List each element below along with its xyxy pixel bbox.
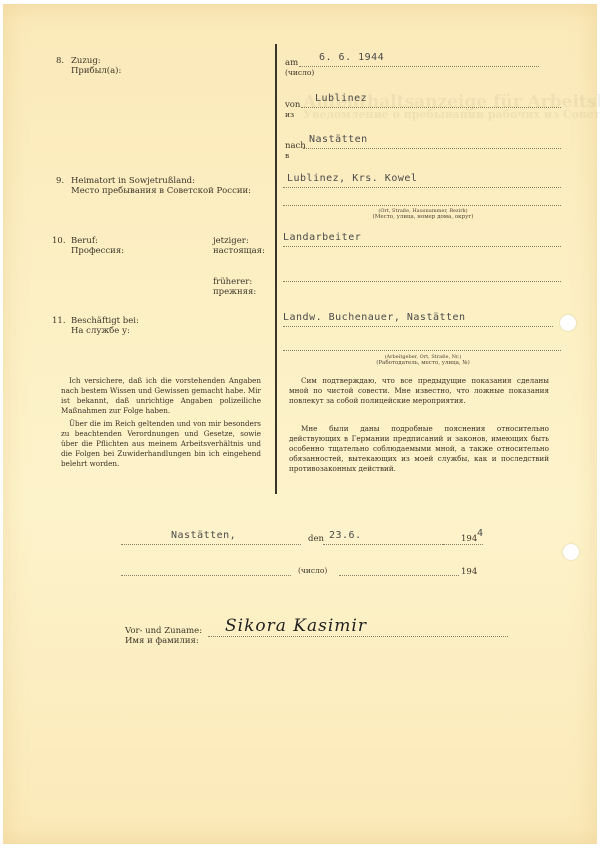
from-place-value: Lublinez: [315, 93, 367, 104]
am-sub-label: (число): [285, 68, 314, 78]
signing-date-value: 23.6.: [329, 530, 362, 541]
name-label-ru: Имя и фамилия:: [125, 636, 199, 646]
column-divider: [275, 44, 277, 494]
year-prefix: 194: [461, 534, 477, 544]
employer-caption-ru: (Работодатель, место, улица, №): [303, 360, 543, 366]
to-place-line: [303, 148, 561, 149]
bleed-through-text: Уведомление о пребывании рабочих из Сове…: [303, 108, 600, 121]
section-8-label-ru: Прибыл(а):: [71, 66, 121, 76]
ru-date-line: [339, 575, 459, 576]
handwritten-name-signature: Sikora Kasimir: [225, 616, 367, 636]
punch-hole: [560, 315, 576, 331]
ru-year-prefix: 194: [461, 567, 477, 577]
ru-date-sub-label: (число): [298, 566, 327, 576]
home-place-caption-ru: (Место, улица, номер дома, округ): [303, 214, 543, 220]
name-label-de: Vor- und Zuname:: [125, 626, 202, 636]
name-line: [208, 636, 508, 637]
year-line: [443, 544, 483, 545]
section-11-label-ru: На службе у:: [71, 326, 130, 336]
section-9-number: 9.: [56, 176, 64, 186]
declaration-de-paragraph-1: Ich versichere, daß ich die vorstehenden…: [61, 376, 261, 416]
section-10-number: 10.: [52, 236, 66, 246]
den-label: den: [308, 534, 324, 544]
punch-hole: [563, 544, 579, 560]
year-suffix-value: 4: [477, 528, 484, 539]
home-place-value: Lublinez, Krs. Kowel: [287, 173, 417, 184]
from-place-line: [301, 107, 561, 108]
place-line: [121, 544, 301, 545]
section-9-label-de: Heimatort in Sowjetrußland:: [71, 176, 195, 186]
former-profession-label-ru: прежняя:: [213, 287, 256, 297]
von-label: von: [285, 100, 300, 110]
von-sub-label: из: [285, 110, 294, 120]
ru-place-line: [121, 575, 291, 576]
section-8-number: 8.: [56, 56, 64, 66]
section-11-label-de: Beschäftigt bei:: [71, 316, 139, 326]
former-profession-line: [283, 281, 561, 282]
current-profession-line: [283, 246, 561, 247]
employer-line-2: [283, 350, 561, 351]
arrival-date-line: [299, 66, 539, 67]
current-profession-value: Landarbeiter: [283, 232, 361, 243]
current-profession-label-ru: настоящая:: [213, 246, 265, 256]
employer-line-1: [283, 326, 553, 327]
section-9-label-ru: Место пребывания в Советской России:: [71, 186, 251, 196]
nach-label: nach: [285, 141, 306, 151]
home-place-line-1: [283, 187, 561, 188]
date-line: [323, 544, 453, 545]
section-8-label-de: Zuzug:: [71, 56, 101, 66]
document-page: Aufenthaltsanzeige für Arbeitskräfte aus…: [3, 4, 597, 844]
place-value: Nastätten,: [171, 530, 236, 541]
section-10-label-ru: Профессия:: [71, 246, 124, 256]
declaration-ru-paragraph-2: Мне были даны подробные пояснения относи…: [289, 424, 549, 474]
declaration-de-paragraph-2: Über die im Reich geltenden und von mir …: [61, 419, 261, 469]
nach-sub-label: в: [285, 151, 289, 161]
am-label: am: [285, 58, 298, 68]
to-place-value: Nastätten: [309, 134, 368, 145]
section-11-number: 11.: [52, 316, 66, 326]
section-10-label-de: Beruf:: [71, 236, 98, 246]
declaration-ru-paragraph-1: Сим подтверждаю, что все предыдущие пока…: [289, 376, 549, 406]
arrival-date-value: 6. 6. 1944: [319, 52, 384, 63]
home-place-line-2: [283, 205, 561, 206]
former-profession-label-de: früherer:: [213, 277, 252, 287]
employer-value: Landw. Buchenauer, Nastätten: [283, 312, 466, 323]
current-profession-label-de: jetziger:: [213, 236, 249, 246]
